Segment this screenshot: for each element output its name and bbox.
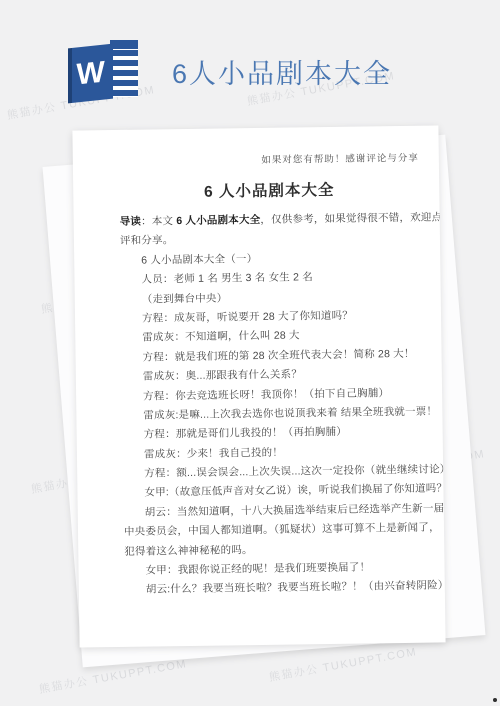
doc-body: 导读：本文 6 人小品剧本大全，仅供参考，如果觉得很不错，欢迎点评和分享。6 人… [120, 209, 425, 601]
corner-dot [493, 698, 497, 702]
header: W 6人小品剧本大全 [66, 38, 392, 104]
document-page: 如果对您有帮助！感谢评论与分享 6 人小品剧本大全 导读：本文 6 人小品剧本大… [72, 125, 445, 647]
word-icon: W [66, 38, 142, 104]
doc-line: 胡云:什么？我要当班长啦？我要当班长啦？！（由兴奋转阴险） [125, 577, 425, 601]
word-icon-w-panel: W [68, 44, 113, 104]
doc-title: 6 人小品剧本大全 [119, 180, 419, 204]
doc-helper-text: 如果对您有帮助！感谢评论与分享 [119, 152, 419, 169]
word-icon-document-lines [110, 40, 138, 97]
word-icon-letter: W [76, 57, 104, 90]
page-title[interactable]: 6人小品剧本大全 [172, 52, 392, 91]
page-background: 熊猫办公 TUKUPPT.COM 熊猫办公 TUKUPPT.COM 熊猫办公 T… [0, 0, 500, 706]
